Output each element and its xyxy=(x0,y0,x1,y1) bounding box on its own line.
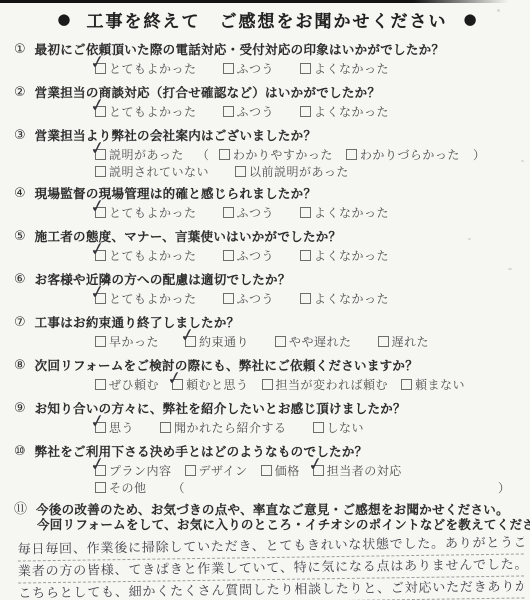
checkbox-icon xyxy=(401,379,412,390)
form-title-text: 工事を終えて ご感想をお聞かせください xyxy=(87,7,448,32)
checkbox-icon: ✓ xyxy=(95,250,106,261)
question-02: ② 営業担当の商談対応（打合せ確認など）はいかがでしたか？ ✓ とてもよかった … xyxy=(14,85,520,119)
option-label: 早かった xyxy=(109,333,159,350)
checkbox-icon xyxy=(95,166,106,177)
option-very-good: ✓ とてもよかった xyxy=(95,290,197,307)
form-title: ● 工事を終えて ご感想をお聞かせください ● xyxy=(14,8,520,30)
question-text: 現場監督の現場管理は的確と感じられましたか？ xyxy=(35,186,317,201)
option-label: その他 xyxy=(109,479,147,496)
checkbox-icon: ✓ xyxy=(95,465,106,476)
option-normal: ふつう xyxy=(223,103,275,120)
question-number: ⑨ xyxy=(14,401,26,416)
question-text: お知り合いの方々に、弊社を紹介したいとお感じ頂けましたか？ xyxy=(35,401,406,416)
option-very-good: ✓ とてもよかった xyxy=(95,103,197,120)
question-11: ⑪ 今後の改善のため、お気づきの点や、率直なご意見・ご感想をお聞かせください。 … xyxy=(14,502,520,600)
checkbox-icon xyxy=(160,422,171,433)
option-previously-explained: 以前説明があった xyxy=(235,163,349,180)
option-explained: ✓ 説明があった xyxy=(95,146,184,163)
checkbox-icon xyxy=(300,207,311,218)
scan-edge-line xyxy=(0,0,530,3)
option-row: ✓ プラン内容 デザイン 価格 ✓ 担当者の対応 xyxy=(95,463,520,478)
option-label: よくなかった xyxy=(314,204,389,221)
option-not-good: よくなかった xyxy=(300,204,389,221)
option-not-good: よくなかった xyxy=(300,60,389,77)
checkbox-icon xyxy=(378,336,389,347)
question-number: ⑦ xyxy=(14,315,26,330)
option-very-good: ✓ とてもよかった xyxy=(95,204,197,221)
checkbox-icon: ✓ xyxy=(95,422,106,433)
option-label: 遅れた xyxy=(392,333,430,350)
checkbox-icon xyxy=(261,465,272,476)
checkbox-icon xyxy=(313,422,324,433)
option-introduce-if-asked: 聞かれたら紹介する xyxy=(160,419,287,436)
checkbox-icon: ✓ xyxy=(95,293,106,304)
option-row: ✓ 思う 聞かれたら紹介する しない xyxy=(95,420,520,435)
option-label: ふつう xyxy=(237,247,275,264)
question-text: 営業担当より弊社の会社案内はございましたか？ xyxy=(35,128,317,143)
checkbox-icon: ✓ xyxy=(185,336,196,347)
checkbox-icon xyxy=(300,293,311,304)
question-number: ⑥ xyxy=(14,272,26,287)
option-row: 早かった ✓ 約束通り やや遅れた 遅れた xyxy=(95,334,520,349)
option-not-explained: 説明されていない xyxy=(95,163,209,180)
question-number: ⑩ xyxy=(14,444,26,459)
question-10: ⑩ 弊社をご利用下さる決め手とはどのようなものでしたか？ ✓ プラン内容 デザイ… xyxy=(14,444,520,495)
option-label: 思う xyxy=(109,419,134,436)
question-05: ⑤ 施工者の態度、マナー、言葉使いはいかがでしたか？ ✓ とてもよかった ふつう… xyxy=(14,229,520,263)
checkbox-icon: ✓ xyxy=(95,207,106,218)
option-label: 約束通り xyxy=(199,333,249,350)
option-late: 遅れた xyxy=(378,333,430,350)
option-not-good: よくなかった xyxy=(300,247,389,264)
option-label: よくなかった xyxy=(314,290,389,307)
option-label: よくなかった xyxy=(314,247,389,264)
question-07: ⑦ 工事はお約束通り終了しましたか？ 早かった ✓ 約束通り やや遅れた xyxy=(14,315,520,349)
option-label: とてもよかった xyxy=(109,103,197,120)
option-row: その他 （ ） xyxy=(95,480,520,495)
option-very-good: ✓ とてもよかった xyxy=(95,247,197,264)
question-number: ③ xyxy=(14,128,26,143)
option-label: とてもよかった xyxy=(109,290,197,307)
question-text-line2: 今回リフォームをして、お気に入りのところ・イチオシのポイントなどを教えてください… xyxy=(37,517,530,532)
question-08: ⑧ 次回リフォームをご検討の際にも、弊社にご依頼くださいますか？ ぜひ頼む ✓ … xyxy=(14,358,520,392)
paren-open: （ xyxy=(197,146,209,163)
option-label: ふつう xyxy=(237,103,275,120)
checkbox-icon xyxy=(223,63,234,74)
question-text: 次回リフォームをご検討の際にも、弊社にご依頼くださいますか？ xyxy=(35,358,418,373)
option-label: ふつう xyxy=(237,204,275,221)
checkbox-icon xyxy=(262,379,273,390)
question-text: 営業担当の商談対応（打合せ確認など）はいかがでしたか？ xyxy=(35,85,381,100)
question-text: 工事はお約束通り終了しましたか？ xyxy=(35,315,240,330)
scan-artifact xyxy=(521,160,524,162)
option-price: 価格 xyxy=(261,462,300,479)
option-label: デザイン xyxy=(199,462,248,479)
question-01: ① 最初にご依頼頂いた際の電話対応・受付対応の印象はいかがでしたか？ ✓ とても… xyxy=(14,42,520,76)
question-number: ⑪ xyxy=(14,502,27,517)
option-wont-introduce: しない xyxy=(313,419,365,436)
option-design: デザイン xyxy=(185,462,248,479)
option-staff-response: ✓ 担当者の対応 xyxy=(313,462,402,479)
checkbox-icon: ✓ xyxy=(95,63,106,74)
option-row: ✓ 説明があった （ わかりやすかった わかりづらかった ） xyxy=(95,147,520,162)
option-normal: ふつう xyxy=(223,290,275,307)
option-not-good: よくなかった xyxy=(300,290,389,307)
checkbox-icon xyxy=(235,166,246,177)
question-04: ④ 現場監督の現場管理は的確と感じられましたか？ ✓ とてもよかった ふつう よ… xyxy=(14,186,520,220)
option-row: ✓ とてもよかった ふつう よくなかった xyxy=(95,205,520,220)
option-normal: ふつう xyxy=(223,60,275,77)
option-label: 説明されていない xyxy=(109,163,209,180)
checkbox-icon xyxy=(185,465,196,476)
option-label: よくなかった xyxy=(314,60,389,77)
checkbox-icon xyxy=(300,250,311,261)
option-row: ✓ とてもよかった ふつう よくなかった xyxy=(95,61,520,76)
option-label: わかりづらかった xyxy=(360,146,460,163)
option-think-will-request: ✓ 頼むと思う xyxy=(172,376,249,393)
option-label: わかりやすかった xyxy=(233,146,333,163)
option-label: 担当者の対応 xyxy=(327,462,402,479)
option-label: ふつう xyxy=(237,290,275,307)
option-label: とてもよかった xyxy=(109,204,197,221)
checkbox-icon: ✓ xyxy=(95,106,106,117)
question-number: ① xyxy=(14,42,26,57)
question-text: 弊社をご利用下さる決め手とはどのようなものでしたか？ xyxy=(35,444,368,459)
question-text: お客様や近隣の方への配慮は適切でしたか？ xyxy=(35,272,291,287)
bullet-icon: ● xyxy=(57,12,70,27)
checkbox-icon xyxy=(300,106,311,117)
scan-artifact xyxy=(497,9,500,12)
option-label: 聞かれたら紹介する xyxy=(174,419,287,436)
question-09: ⑨ お知り合いの方々に、弊社を紹介したいとお感じ頂けましたか？ ✓ 思う 聞かれ… xyxy=(14,401,520,435)
option-label: 以前説明があった xyxy=(249,163,349,180)
option-fast: 早かった xyxy=(95,333,159,350)
option-normal: ふつう xyxy=(223,247,275,264)
checkbox-icon xyxy=(300,63,311,74)
checkbox-icon xyxy=(95,482,106,493)
question-03: ③ 営業担当より弊社の会社案内はございましたか？ ✓ 説明があった （ わかりや… xyxy=(14,128,520,179)
question-number: ⑤ xyxy=(14,229,26,244)
checkbox-icon: ✓ xyxy=(313,465,324,476)
option-easy-to-understand: わかりやすかった xyxy=(219,146,333,163)
question-number: ② xyxy=(14,85,26,100)
option-slightly-late: やや遅れた xyxy=(275,333,352,350)
option-row: ✓ とてもよかった ふつう よくなかった xyxy=(95,291,520,306)
handwritten-comments: 毎日毎回、作業後に掃除していただき、とてもきれいな状態でした。ありがとうございま… xyxy=(18,534,525,600)
checkbox-icon xyxy=(219,149,230,160)
option-as-promised: ✓ 約束通り xyxy=(185,333,249,350)
checkbox-icon xyxy=(223,207,234,218)
paren-close: ） xyxy=(473,146,485,163)
checkbox-icon xyxy=(95,336,106,347)
option-label: よくなかった xyxy=(314,103,389,120)
form-content: ● 工事を終えて ご感想をお聞かせください ● ① 最初にご依頼頂いた際の電話対… xyxy=(0,0,530,600)
scan-artifact xyxy=(508,268,512,270)
bullet-icon: ● xyxy=(464,12,477,27)
option-label: 説明があった xyxy=(109,146,184,163)
question-text: 今後の改善のため、お気づきの点や、率直なご意見・ご感想をお聞かせください。 xyxy=(36,502,509,517)
checkbox-icon: ✓ xyxy=(95,149,106,160)
paren-close: ） xyxy=(498,479,510,496)
option-label: 担当が変われば頼む xyxy=(276,376,389,393)
option-row: ぜひ頼む ✓ 頼むと思う 担当が変われば頼む 頼まない xyxy=(95,377,520,392)
checkbox-icon xyxy=(95,379,106,390)
option-hard-to-understand: わかりづらかった xyxy=(346,146,460,163)
option-if-staff-changes: 担当が変われば頼む xyxy=(262,376,389,393)
option-will-introduce: ✓ 思う xyxy=(95,419,134,436)
question-number: ⑧ xyxy=(14,358,26,373)
checkbox-icon xyxy=(223,293,234,304)
option-other: その他 xyxy=(95,479,147,496)
option-label: 頼むと思う xyxy=(186,376,249,393)
option-label: とてもよかった xyxy=(109,60,197,77)
option-very-good: ✓ とてもよかった xyxy=(95,60,197,77)
option-not-good: よくなかった xyxy=(300,103,389,120)
option-normal: ふつう xyxy=(223,204,275,221)
checkbox-icon xyxy=(275,336,286,347)
option-row: 説明されていない 以前説明があった xyxy=(95,164,520,179)
option-label: しない xyxy=(327,419,365,436)
option-label: やや遅れた xyxy=(289,333,352,350)
option-label: ぜひ頼む xyxy=(109,376,159,393)
paren-open: （ xyxy=(173,479,185,496)
checkbox-icon xyxy=(223,250,234,261)
option-label: 価格 xyxy=(275,462,300,479)
option-row: ✓ とてもよかった ふつう よくなかった xyxy=(95,248,520,263)
option-label: ふつう xyxy=(237,60,275,77)
checkbox-icon xyxy=(346,149,357,160)
question-text: 最初にご依頼頂いた際の電話対応・受付対応の印象はいかがでしたか？ xyxy=(35,42,445,57)
option-plan-content: ✓ プラン内容 xyxy=(95,462,172,479)
checkbox-icon: ✓ xyxy=(172,379,183,390)
question-number: ④ xyxy=(14,186,26,201)
question-06: ⑥ お客様や近隣の方への配慮は適切でしたか？ ✓ とてもよかった ふつう よくな… xyxy=(14,272,520,306)
scan-artifact xyxy=(468,238,471,240)
scanned-survey-form: ● 工事を終えて ご感想をお聞かせください ● ① 最初にご依頼頂いた際の電話対… xyxy=(0,0,530,600)
option-label: とてもよかった xyxy=(109,247,197,264)
option-wont-request: 頼まない xyxy=(401,376,465,393)
question-text: 施工者の態度、マナー、言葉使いはいかがでしたか？ xyxy=(35,229,342,244)
option-row: ✓ とてもよかった ふつう よくなかった xyxy=(95,104,520,119)
option-label: プラン内容 xyxy=(109,462,172,479)
option-label: 頼まない xyxy=(415,376,465,393)
checkbox-icon xyxy=(223,106,234,117)
option-definitely-request: ぜひ頼む xyxy=(95,376,159,393)
